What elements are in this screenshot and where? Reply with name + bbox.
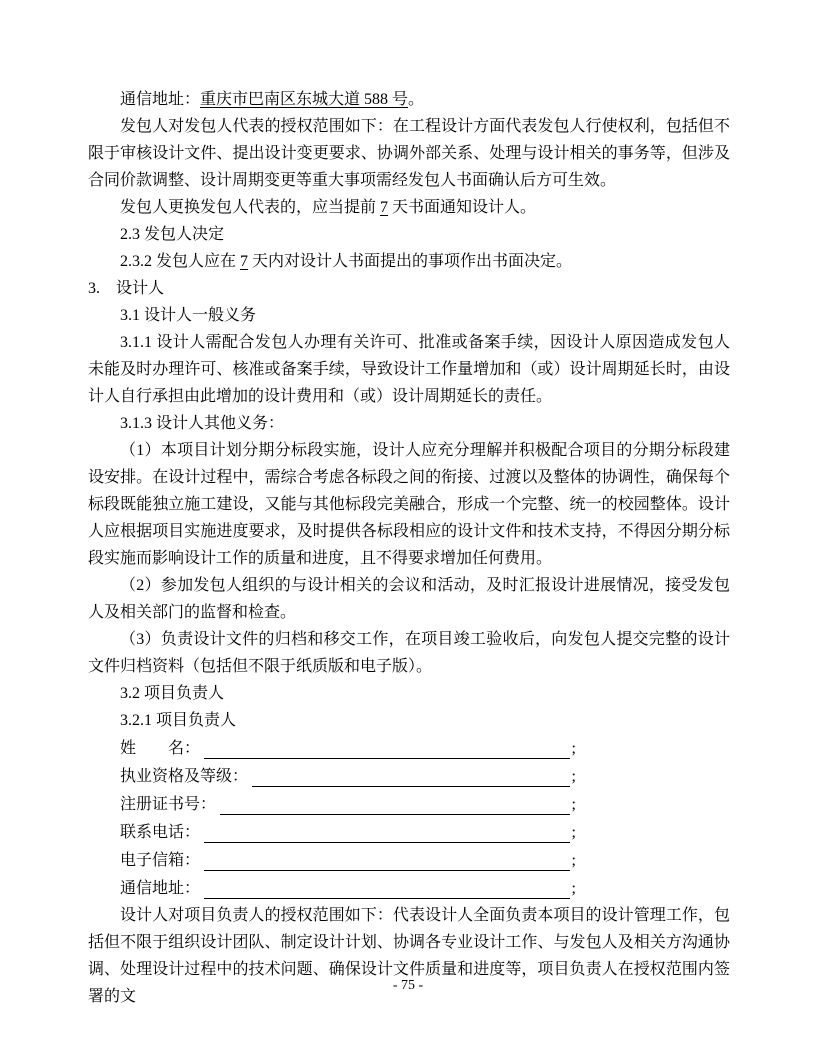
email-field-blank[interactable]	[204, 848, 570, 871]
mailing-address-field-label: 通信地址：	[120, 876, 200, 902]
paragraph: （2）参加发包人组织的与设计相关的会议和活动，及时汇报设计进展情况，接受发包人及…	[88, 572, 730, 626]
page-number: - 75 -	[393, 978, 423, 993]
document-body: 通信地址：重庆市巴南区东城大道 588 号。发包人对发包人代表的授权范围如下：在…	[88, 86, 730, 1010]
text-run: 2.3 发包人决定	[120, 226, 224, 243]
phone-field-label: 联系电话：	[120, 820, 200, 846]
email-field-row: 电子信箱：;	[120, 846, 576, 874]
registration-certificate-no-field-row: 注册证书号：;	[120, 790, 576, 818]
underlined-fill-in: 7	[240, 253, 248, 270]
phone-field-blank[interactable]	[204, 820, 570, 843]
paragraph: 发包人对发包人代表的授权范围如下：在工程设计方面代表发包人行使权利，包括但不限于…	[88, 113, 730, 194]
name-field-label: 姓 名：	[120, 736, 200, 762]
paragraph: （3）负责设计文件的归档和移交工作，在项目竣工验收后，向发包人提交完整的设计文件…	[88, 626, 730, 680]
text-run: （2）参加发包人组织的与设计相关的会议和活动，及时汇报设计进展情况，接受发包人及…	[88, 577, 730, 621]
text-run: 3.1.3 设计人其他义务：	[120, 415, 284, 432]
document-page: 通信地址：重庆市巴南区东城大道 588 号。发包人对发包人代表的授权范围如下：在…	[0, 0, 816, 1056]
mailing-address-field-terminator: ;	[572, 876, 576, 902]
paragraph: 3.1 设计人一般义务	[88, 302, 730, 329]
paragraph: 3.1.1 设计人需配合发包人办理有关许可、批准或备案手续，因设计人原因造成发包…	[88, 329, 730, 410]
email-field-label: 电子信箱：	[120, 848, 200, 874]
text-run: 3.2 项目负责人	[120, 685, 224, 702]
email-field-terminator: ;	[572, 848, 576, 874]
paragraph: 3.1.3 设计人其他义务：	[88, 410, 730, 437]
paragraph: （1）本项目计划分期分标段实施，设计人应充分理解并积极配合项目的分期分标段建设安…	[88, 437, 730, 572]
text-run: 发包人对发包人代表的授权范围如下：在工程设计方面代表发包人行使权利，包括但不限于…	[88, 118, 730, 189]
text-run: 3.1 设计人一般义务	[120, 307, 256, 324]
text-run: 2.3.2 发包人应在	[120, 253, 240, 270]
paragraph: 3. 设计人	[88, 275, 730, 302]
registration-certificate-no-field-label: 注册证书号：	[120, 792, 216, 818]
name-field-row: 姓 名：;	[120, 734, 576, 762]
text-run: （1）本项目计划分期分标段实施，设计人应充分理解并积极配合项目的分期分标段建设安…	[88, 442, 730, 567]
paragraph: 2.3.2 发包人应在 7 天内对设计人书面提出的事项作出书面决定。	[88, 248, 730, 275]
text-run: （3）负责设计文件的归档和移交工作，在项目竣工验收后，向发包人提交完整的设计文件…	[88, 631, 730, 675]
phone-field-row: 联系电话：;	[120, 818, 576, 846]
mailing-address-field-blank[interactable]	[204, 876, 570, 899]
paragraph: 通信地址：重庆市巴南区东城大道 588 号。	[88, 86, 730, 113]
phone-field-terminator: ;	[572, 820, 576, 846]
qualification-grade-field-row: 执业资格及等级：;	[120, 762, 576, 790]
paragraph: 发包人更换发包人代表的，应当提前 7 天书面通知设计人。	[88, 194, 730, 221]
qualification-grade-field-terminator: ;	[572, 764, 576, 790]
paragraph: 3.2.1 项目负责人	[88, 707, 730, 734]
page-footer: - 75 -	[0, 978, 816, 994]
text-run: 天内对设计人书面提出的事项作出书面决定。	[248, 253, 572, 270]
text-run: 通信地址：	[120, 91, 200, 108]
name-field-terminator: ;	[572, 736, 576, 762]
underlined-fill-in: 7	[380, 199, 388, 216]
name-field-blank[interactable]	[204, 736, 570, 759]
qualification-grade-field-blank[interactable]	[252, 764, 570, 787]
registration-certificate-no-field-blank[interactable]	[220, 792, 570, 815]
text-run: 。	[408, 91, 424, 108]
text-run: 3.2.1 项目负责人	[120, 712, 236, 729]
text-run: 3.1.1 设计人需配合发包人办理有关许可、批准或备案手续，因设计人原因造成发包…	[88, 334, 730, 405]
qualification-grade-field-label: 执业资格及等级：	[120, 764, 248, 790]
text-run: 发包人更换发包人代表的，应当提前	[120, 199, 380, 216]
mailing-address-field-row: 通信地址：;	[120, 874, 576, 902]
registration-certificate-no-field-terminator: ;	[572, 792, 576, 818]
text-run: 3. 设计人	[88, 280, 164, 297]
paragraph: 2.3 发包人决定	[88, 221, 730, 248]
paragraph: 3.2 项目负责人	[88, 680, 730, 707]
text-run: 天书面通知设计人。	[388, 199, 536, 216]
underlined-fill-in: 重庆市巴南区东城大道 588 号	[200, 91, 408, 108]
